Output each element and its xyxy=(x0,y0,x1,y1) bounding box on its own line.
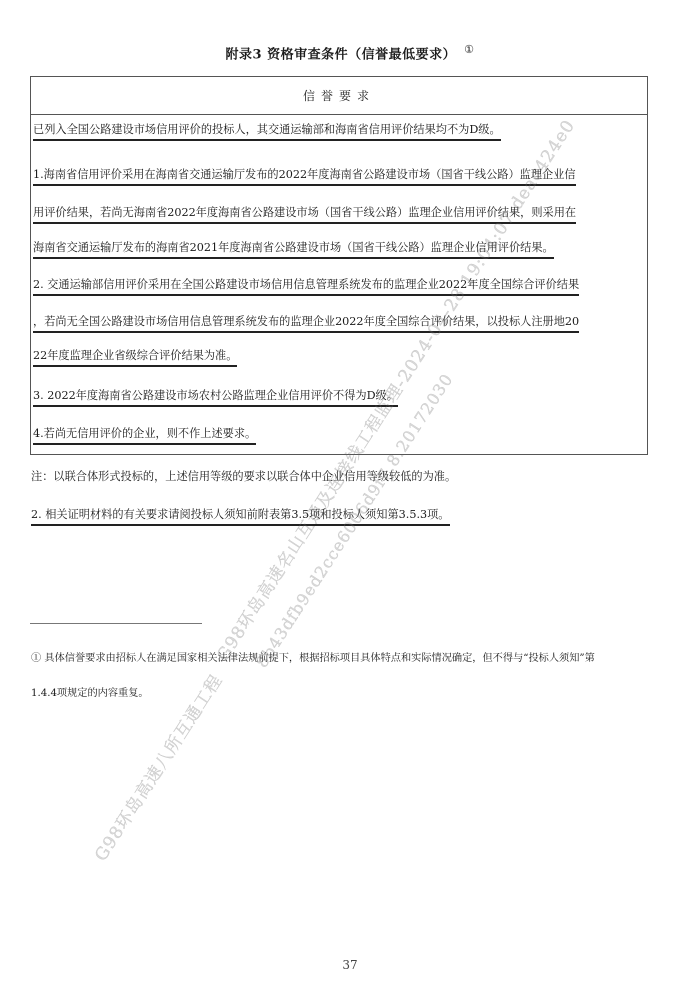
table-line: 1.海南省信用评价采用在海南省交通运输厅发布的2022年度海南省公路建设市场（国… xyxy=(33,168,576,186)
supporting-materials-item: 2. 相关证明材料的有关要求请阅投标人须知前附表第3.5项和投标人须知第3.5.… xyxy=(31,506,450,526)
title-text: 附录3 资格审查条件（信誉最低要求） xyxy=(226,47,457,62)
table-header-label: 信誉要求 xyxy=(303,87,375,104)
table-line: 3. 2022年度海南省公路建设市场农村公路监理企业信用评价不得为D级。 xyxy=(33,389,398,407)
footnote-divider xyxy=(30,623,202,624)
footnote-line-2: 1.4.4项规定的内容重复。 xyxy=(31,684,149,699)
footnote-line-1: ① 具体信誉要求由招标人在满足国家相关法律法规前提下，根据招标项目具体特点和实际… xyxy=(31,649,595,664)
table-line: 已列入全国公路建设市场信用评价的投标人，其交通运输部和海南省信用评价结果均不为D… xyxy=(33,123,501,141)
table-header: 信誉要求 xyxy=(31,77,647,115)
page-number: 37 xyxy=(0,958,700,972)
appendix-title: 附录3 资格审查条件（信誉最低要求）① xyxy=(0,43,700,62)
footnote-mark[interactable]: ① xyxy=(464,43,474,56)
table-line: 4.若尚无信用评价的企业，则不作上述要求。 xyxy=(33,427,256,445)
table-line: ，若尚无全国公路建设市场信用信息管理系统发布的监理企业2022年度全国综合评价结… xyxy=(33,315,579,333)
table-line: 2. 交通运输部信用评价采用在全国公路建设市场信用信息管理系统发布的监理企业20… xyxy=(33,278,579,296)
table-line: 22年度监理企业省级综合评价结果为准。 xyxy=(33,349,237,367)
